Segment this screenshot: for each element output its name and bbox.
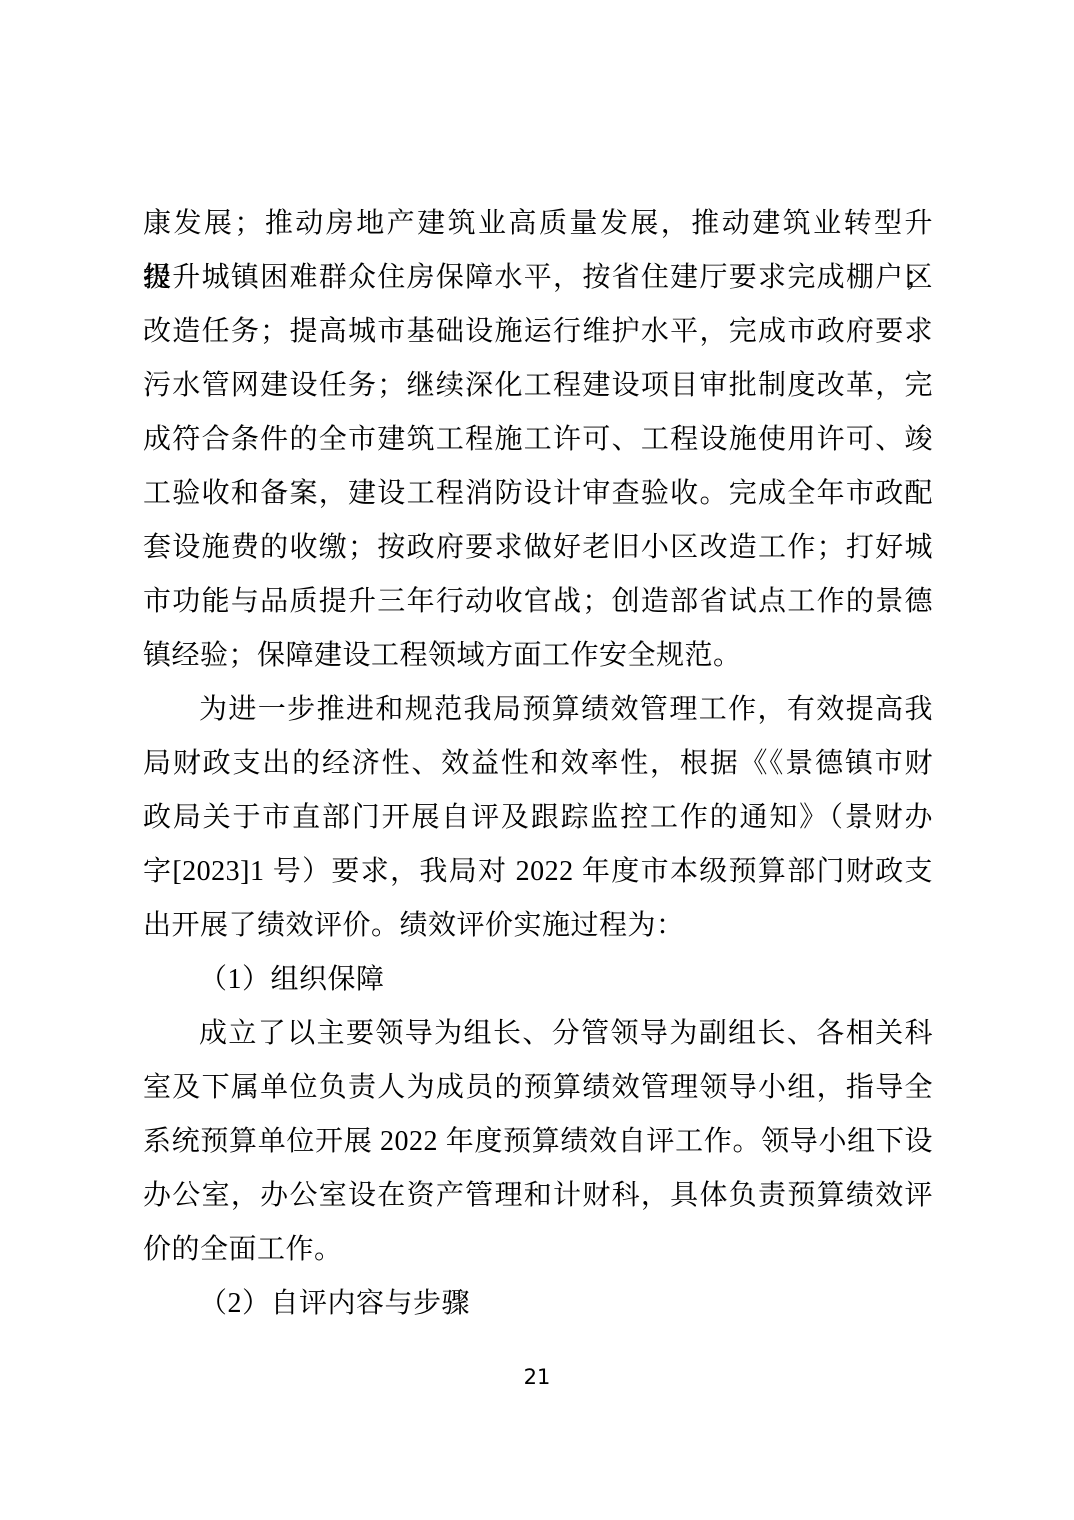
text-line: 系统预算单位开展 2022 年度预算绩效自评工作。领导小组下设 xyxy=(143,1115,933,1169)
document-body: 康发展；推动房地产建筑业高质量发展，推动建筑业转型升级； 提升城镇困难群众住房保… xyxy=(143,197,933,1331)
text-line: 工验收和备案，建设工程消防设计审查验收。完成全年市政配 xyxy=(143,467,933,521)
text-line: 套设施费的收缴；按政府要求做好老旧小区改造工作；打好城 xyxy=(143,521,933,575)
text-line: 污水管网建设任务；继续深化工程建设项目审批制度改革，完 xyxy=(143,359,933,413)
text-line: 康发展；推动房地产建筑业高质量发展，推动建筑业转型升级； xyxy=(143,197,933,251)
document-page: 康发展；推动房地产建筑业高质量发展，推动建筑业转型升级； 提升城镇困难群众住房保… xyxy=(0,0,1074,1520)
text-line: 改造任务；提高城市基础设施运行维护水平，完成市政府要求 xyxy=(143,305,933,359)
section-heading: （1）组织保障 xyxy=(143,953,933,1007)
text-line: 成符合条件的全市建筑工程施工许可、工程设施使用许可、竣 xyxy=(143,413,933,467)
text-line: 室及下属单位负责人为成员的预算绩效管理领导小组，指导全 xyxy=(143,1061,933,1115)
text-line paragraph-end: 出开展了绩效评价。绩效评价实施过程为： xyxy=(143,899,933,953)
text-line: 市功能与品质提升三年行动收官战；创造部省试点工作的景德 xyxy=(143,575,933,629)
text-line paragraph-start: 为进一步推进和规范我局预算绩效管理工作，有效提高我 xyxy=(143,683,933,737)
text-line paragraph-start: 成立了以主要领导为组长、分管领导为副组长、各相关科 xyxy=(143,1007,933,1061)
text-line: 字[2023]1 号）要求，我局对 2022 年度市本级预算部门财政支 xyxy=(143,845,933,899)
section-heading: （2）自评内容与步骤 xyxy=(143,1277,933,1331)
text-line: 局财政支出的经济性、效益性和效率性，根据《《景德镇市财 xyxy=(143,737,933,791)
page-number: 21 xyxy=(0,1363,1074,1391)
text-line paragraph-end: 镇经验；保障建设工程领域方面工作安全规范。 xyxy=(143,629,933,683)
text-line paragraph-end: 价的全面工作。 xyxy=(143,1223,933,1277)
text-line: 办公室，办公室设在资产管理和计财科，具体负责预算绩效评 xyxy=(143,1169,933,1223)
text-line: 政局关于市直部门开展自评及跟踪监控工作的通知》（景财办 xyxy=(143,791,933,845)
text-line: 提升城镇困难群众住房保障水平，按省住建厅要求完成棚户区 xyxy=(143,251,933,305)
